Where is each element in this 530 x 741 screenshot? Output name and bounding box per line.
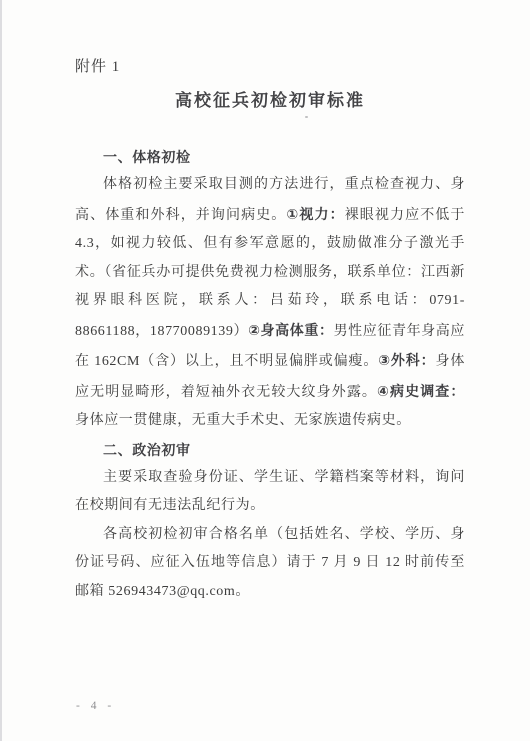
section-heading: 一、体格初检 xyxy=(75,143,465,171)
attachment-label: 附件 1 xyxy=(75,55,465,79)
text-run: 身体应一贯健康，无重大手术史、无家族遗传病史。 xyxy=(75,413,411,428)
text-run: ④病史调查： xyxy=(377,383,465,399)
text-run: ②身高体重： xyxy=(248,322,333,338)
scan-edge-artifact xyxy=(0,0,2,741)
text-run: 各高校初检初审合格名单（包括姓名、学校、学历、身份证号码、应征入伍地等信息）请于… xyxy=(75,527,465,599)
scan-speck xyxy=(305,116,308,118)
paragraph: 各高校初检初审合格名单（包括姓名、学校、学历、身份证号码、应征入伍地等信息）请于… xyxy=(75,521,465,606)
text-run: 裸眼视力应不低于 4.3，如视力较低、但有参军意愿的，鼓励做准分子激光手术。（省… xyxy=(75,208,465,339)
page-number: - 4 - xyxy=(76,700,115,712)
text-run: 主要采取查验身份证、学生证、学籍档案等材料，询问在校期间有无违法乱纪行为。 xyxy=(75,470,465,513)
text-run: ①视力： xyxy=(286,206,344,222)
page-title: 高校征兵初检初审标准 xyxy=(75,89,465,113)
section-heading: 二、政治初审 xyxy=(75,436,465,464)
paragraph: 体格初检主要采取目测的方法进行，重点检查视力、身高、体重和外科，并询问病史。①视… xyxy=(75,171,465,435)
document-page: 附件 1 高校征兵初检初审标准 一、体格初检体格初检主要采取目测的方法进行，重点… xyxy=(0,0,530,741)
text-run: ③外科： xyxy=(378,352,435,368)
document-body: 一、体格初检体格初检主要采取目测的方法进行，重点检查视力、身高、体重和外科，并询… xyxy=(75,143,465,606)
paragraph: 主要采取查验身份证、学生证、学籍档案等材料，询问在校期间有无违法乱纪行为。 xyxy=(75,464,465,521)
